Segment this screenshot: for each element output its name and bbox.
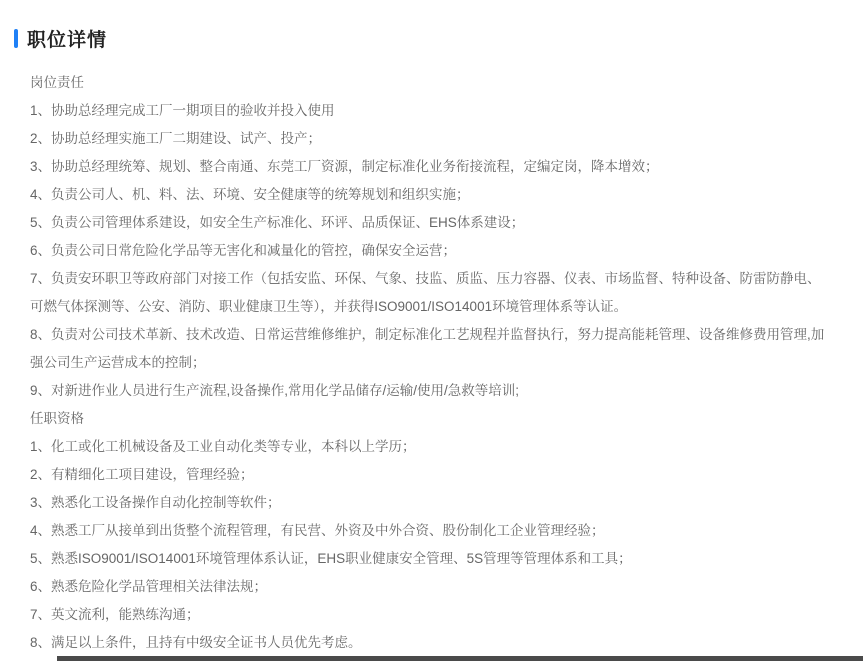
responsibility-item-2: 2、协助总经理实施工厂二期建设、试产、投产； [30, 125, 833, 153]
qualification-item-5: 5、熟悉ISO9001/ISO14001环境管理体系认证，EHS职业健康安全管理… [30, 545, 833, 573]
qualification-item-7: 7、英文流利，能熟练沟通； [30, 601, 833, 629]
qualification-item-3: 3、熟悉化工设备操作自动化控制等软件； [30, 489, 833, 517]
job-detail-content: 岗位责任 1、协助总经理完成工厂一期项目的验收并投入使用 2、协助总经理实施工厂… [0, 52, 863, 657]
responsibility-item-5: 5、负责公司管理体系建设，如安全生产标准化、环评、品质保证、EHS体系建设； [30, 209, 833, 237]
page-title: 职位详情 [27, 25, 107, 52]
section-header: 职位详情 [0, 0, 863, 52]
qualification-item-2: 2、有精细化工项目建设，管理经验； [30, 461, 833, 489]
responsibility-item-8: 8、负责对公司技术革新、技术改造、日常运营维修维护，制定标准化工艺规程并监督执行… [30, 321, 833, 377]
qualification-item-1: 1、化工或化工机械设备及工业自动化类等专业，本科以上学历； [30, 433, 833, 461]
job-detail-page: 职位详情 岗位责任 1、协助总经理完成工厂一期项目的验收并投入使用 2、协助总经… [0, 0, 863, 661]
qualification-item-8: 8、满足以上条件，且持有中级安全证书人员优先考虑。 [30, 629, 833, 657]
qualification-item-6: 6、熟悉危险化学品管理相关法律法规； [30, 573, 833, 601]
footer-bar [57, 656, 863, 661]
section-heading-responsibilities: 岗位责任 [30, 69, 833, 97]
qualification-item-4: 4、熟悉工厂从接单到出货整个流程管理，有民营、外资及中外合资、股份制化工企业管理… [30, 517, 833, 545]
responsibility-item-9: 9、对新进作业人员进行生产流程,设备操作,常用化学品储存/运输/使用/急救等培训… [30, 377, 833, 405]
responsibility-item-3: 3、协助总经理统筹、规划、整合南通、东莞工厂资源，制定标准化业务衔接流程，定编定… [30, 153, 833, 181]
responsibility-item-1: 1、协助总经理完成工厂一期项目的验收并投入使用 [30, 97, 833, 125]
responsibility-item-7: 7、负责安环职卫等政府部门对接工作（包括安监、环保、气象、技监、质监、压力容器、… [30, 265, 833, 321]
section-heading-qualifications: 任职资格 [30, 405, 833, 433]
responsibility-item-4: 4、负责公司人、机、料、法、环境、安全健康等的统筹规划和组织实施； [30, 181, 833, 209]
title-accent-bar [14, 29, 18, 48]
responsibility-item-6: 6、负责公司日常危险化学品等无害化和减量化的管控，确保安全运营； [30, 237, 833, 265]
